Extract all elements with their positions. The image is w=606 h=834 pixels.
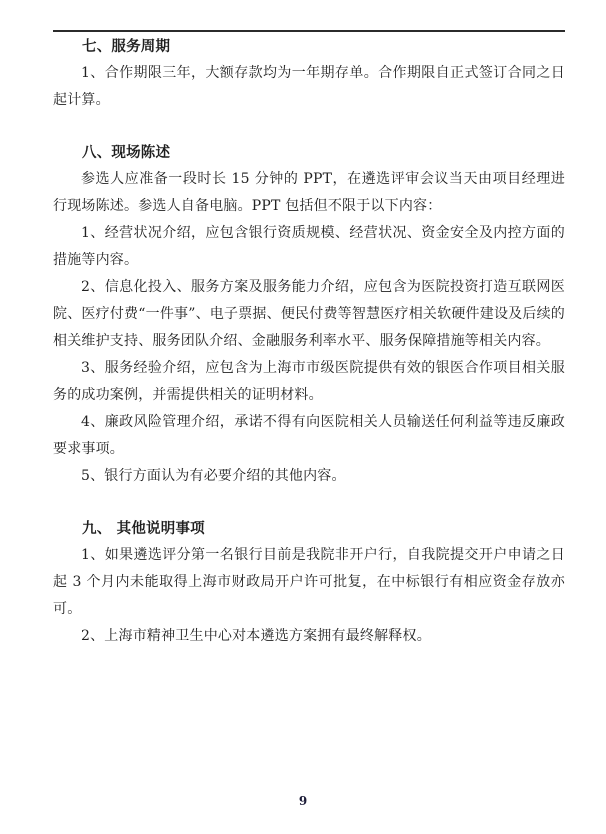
paragraph: 3、服务经验介绍，应包含为上海市市级医院提供有效的银医合作项目相关服务的成功案例… xyxy=(53,355,565,409)
paragraph: 4、廉政风险管理介绍，承诺不得有向医院相关人员输送任何利益等违反廉政要求事项。 xyxy=(53,409,565,463)
paragraph: 1、经营状况介绍，应包含银行资质规模、经营状况、资金安全及内控方面的措施等内容。 xyxy=(53,220,565,274)
section-heading-other-notes: 九、 其他说明事项 xyxy=(53,515,565,542)
paragraph: 1、合作期限三年，大额存款均为一年期存单。合作期限自正式签订合同之日起计算。 xyxy=(53,60,565,114)
paragraph: 1、如果遴选评分第一名银行目前是我院非开户行，自我院提交开户申请之日起 3 个月… xyxy=(53,542,565,623)
paragraph: 参选人应准备一段时长 15 分钟的 PPT，在遴选评审会议当天由项目经理进行现场… xyxy=(53,166,565,220)
paragraph: 2、信息化投入、服务方案及服务能力介绍，应包含为医院投资打造互联网医院、医疗付费… xyxy=(53,274,565,355)
document-page: 七、服务周期 1、合作期限三年，大额存款均为一年期存单。合作期限自正式签订合同之… xyxy=(0,0,606,834)
top-horizontal-rule xyxy=(53,30,565,32)
paragraph: 2、上海市精神卫生中心对本遴选方案拥有最终解释权。 xyxy=(53,623,565,650)
section-heading-onsite-presentation: 八、现场陈述 xyxy=(53,139,565,166)
section-other-notes: 九、 其他说明事项 1、如果遴选评分第一名银行目前是我院非开户行，自我院提交开户… xyxy=(53,515,565,650)
section-heading-service-period: 七、服务周期 xyxy=(53,33,565,60)
page-number: 9 xyxy=(0,794,606,808)
document-content: 七、服务周期 1、合作期限三年，大额存款均为一年期存单。合作期限自正式签订合同之… xyxy=(53,33,565,650)
section-service-period: 七、服务周期 1、合作期限三年，大额存款均为一年期存单。合作期限自正式签订合同之… xyxy=(53,33,565,114)
section-onsite-presentation: 八、现场陈述 参选人应准备一段时长 15 分钟的 PPT，在遴选评审会议当天由项… xyxy=(53,139,565,490)
paragraph: 5、银行方面认为有必要介绍的其他内容。 xyxy=(53,463,565,490)
